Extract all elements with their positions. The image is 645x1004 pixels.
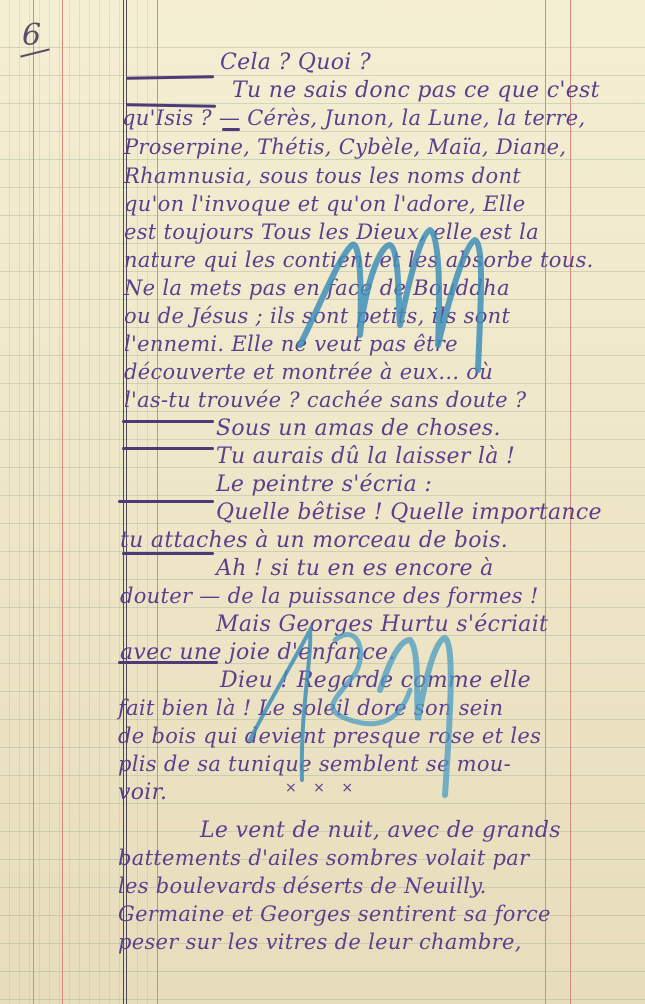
text-line: peser sur les vitres de leur chambre, xyxy=(118,932,522,953)
dialogue-dash xyxy=(122,420,214,423)
blue-pencil-mark-bottom xyxy=(240,620,460,800)
text-line: battements d'ailes sombres volait par xyxy=(118,848,529,869)
text-line: voir. xyxy=(118,782,167,804)
text-line: douter — de la puissance des formes ! xyxy=(120,586,539,607)
manuscript-page: 6 Cela ? Quoi ? Tu ne sais donc pas ce q… xyxy=(0,0,645,1004)
text-line: l'as-tu trouvée ? cachée sans doute ? xyxy=(124,390,526,411)
text-line: les boulevards déserts de Neuilly. xyxy=(118,876,487,897)
text-line: Le vent de nuit, avec de grands xyxy=(200,820,561,842)
text-line: Quelle bêtise ! Quelle importance xyxy=(216,502,602,524)
dialogue-dash xyxy=(122,447,214,450)
blue-pencil-mark-top xyxy=(290,225,510,375)
text-line: Tu aurais dû la laisser là ! xyxy=(216,446,515,468)
text-line: Rhamnusia, sous tous les noms dont xyxy=(124,166,521,187)
page-number: 6 xyxy=(22,18,41,53)
text-line: Proserpine, Thétis, Cybèle, Maïa, Diane, xyxy=(124,137,566,158)
text-line: Tu ne sais donc pas ce que c'est xyxy=(232,80,600,102)
text-line: Germaine et Georges sentirent sa force xyxy=(118,904,551,925)
text-line: qu'Isis ? — Cérès, Junon, la Lune, la te… xyxy=(122,108,586,129)
text-line: Le peintre s'écria : xyxy=(216,474,432,496)
text-line: tu attaches à un morceau de bois. xyxy=(120,530,508,552)
text-line: qu'on l'invoque et qu'on l'adore, Elle xyxy=(124,194,526,215)
red-rule-1 xyxy=(33,0,34,1004)
text-line: Cela ? Quoi ? xyxy=(220,52,371,74)
text-line: Sous un amas de choses. xyxy=(216,418,501,440)
red-rule-2 xyxy=(62,0,63,1004)
dialogue-dash xyxy=(118,500,214,503)
text-line: Ah ! si tu en es encore à xyxy=(216,558,494,580)
